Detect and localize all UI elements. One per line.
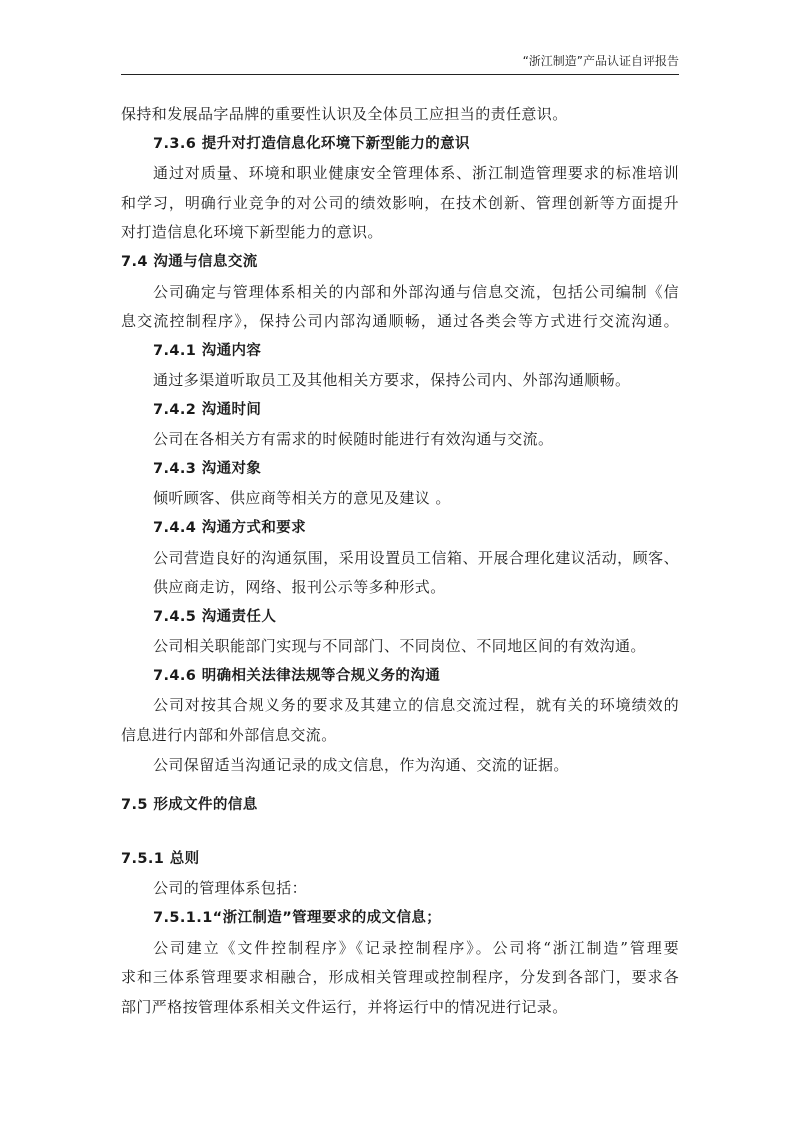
paragraph-line: 公司的管理体系包括： <box>153 878 307 898</box>
running-header: “浙江制造”产品认证自评报告 <box>121 52 679 75</box>
report-title: “浙江制造”产品认证自评报告 <box>523 54 679 68</box>
paragraph-line: 部门严格按管理体系相关文件运行，并将运行中的情况进行记录。 <box>121 997 568 1017</box>
paragraph-line: 和学习，明确行业竞争的对公司的绩效影响，在技术创新、管理创新等方面提升 <box>121 193 679 213</box>
paragraph-line: 息交流控制程序》，保持公司内部沟通顺畅，通过各类会等方式进行交流沟通。 <box>121 311 679 331</box>
paragraph-line: 公司在各相关方有需求的时候随时能进行有效沟通与交流。 <box>153 429 553 449</box>
paragraph-line: 保持和发展品字品牌的重要性认识及全体员工应担当的责任意识。 <box>121 104 568 124</box>
heading-7-4-4: 7.4.4 沟通方式和要求 <box>153 518 306 538</box>
paragraph-line: 公司相关职能部门实现与不同部门、不同岗位、不同地区间的有效沟通。 <box>153 636 646 656</box>
paragraph-line: 对打造信息化环境下新型能力的意识。 <box>121 222 383 242</box>
paragraph-line: 公司营造良好的沟通氛围，采用设置员工信箱、开展合理化建议活动，顾客、 <box>153 548 679 568</box>
paragraph-line: 信息进行内部和外部信息交流。 <box>121 725 337 745</box>
paragraph-line: 求和三体系管理要求相融合，形成相关管理或控制程序，分发到各部门，要求各 <box>121 967 679 987</box>
heading-7-4-5: 7.4.5 沟通责任人 <box>153 607 276 627</box>
heading-7-3-6: 7.3.6 提升对打造信息化环境下新型能力的意识 <box>153 134 470 154</box>
heading-7-4: 7.4 沟通与信息交流 <box>121 252 258 272</box>
heading-7-5-1: 7.5.1 总则 <box>121 849 200 869</box>
heading-7-5-1-1: 7.5.1.1“浙江制造”管理要求的成文信息； <box>153 908 441 928</box>
paragraph-line: 公司确定与管理体系相关的内部和外部沟通与信息交流，包括公司编制《信 <box>153 282 679 302</box>
paragraph-line: 公司保留适当沟通记录的成文信息，作为沟通、交流的证据。 <box>153 755 569 775</box>
paragraph-line: 公司建立《文件控制程序》《记录控制程序》。公司将“浙江制造”管理要 <box>153 938 679 958</box>
paragraph-line: 通过对质量、环境和职业健康安全管理体系、浙江制造管理要求的标准培训 <box>153 163 679 183</box>
heading-7-5: 7.5 形成文件的信息 <box>121 795 258 815</box>
heading-7-4-2: 7.4.2 沟通时间 <box>153 400 261 420</box>
paragraph-line: 倾听顾客、供应商等相关方的意见及建议 。 <box>153 488 451 508</box>
paragraph-line: 公司对按其合规义务的要求及其建立的信息交流过程，就有关的环境绩效的 <box>153 695 679 715</box>
heading-7-4-3: 7.4.3 沟通对象 <box>153 459 261 479</box>
paragraph-line: 供应商走访，网络、报刊公示等多种形式。 <box>153 577 446 597</box>
paragraph-line: 通过多渠道听取员工及其他相关方要求，保持公司内、外部沟通顺畅。 <box>153 370 630 390</box>
heading-7-4-6: 7.4.6 明确相关法律法规等合规义务的沟通 <box>153 666 440 686</box>
heading-7-4-1: 7.4.1 沟通内容 <box>153 341 261 361</box>
